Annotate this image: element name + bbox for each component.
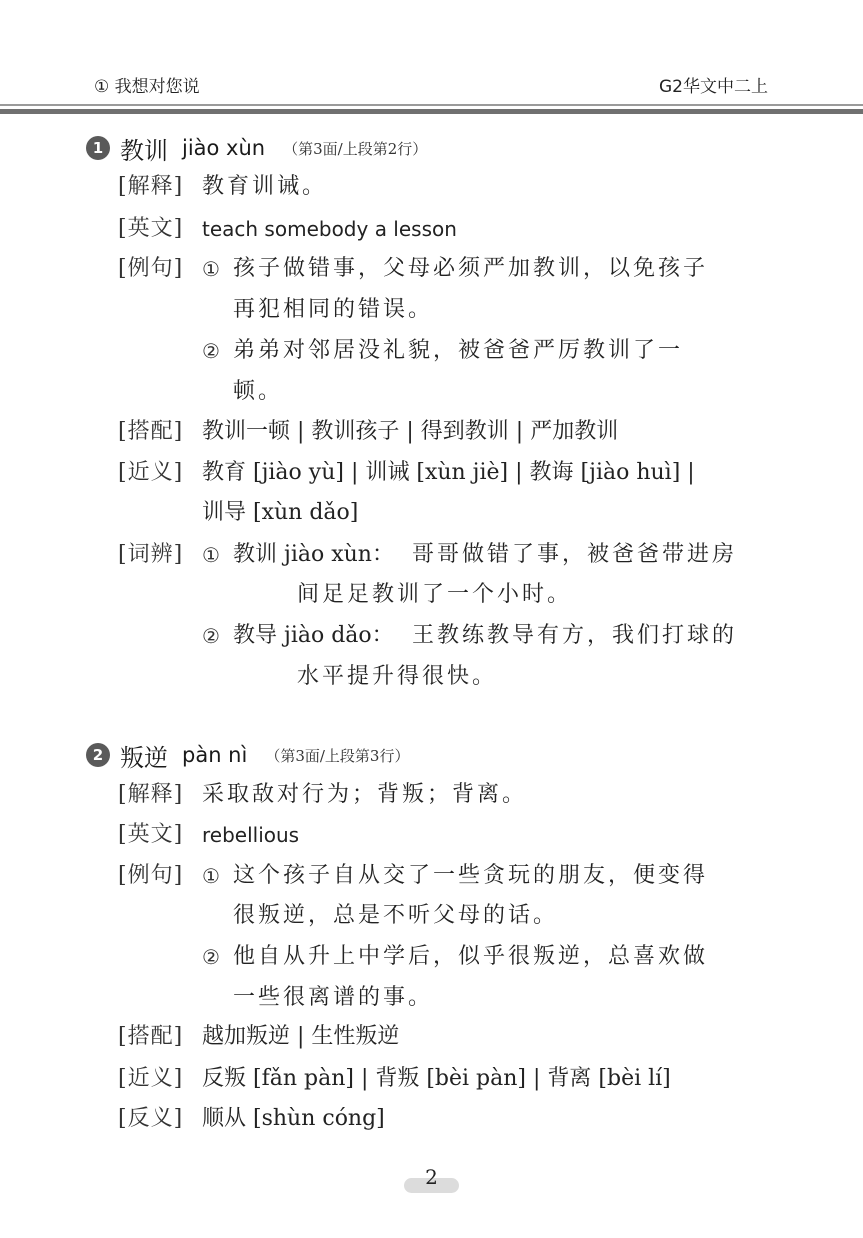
examples-label: [例句] [118, 861, 183, 891]
english-text: teach somebody a lesson [202, 214, 457, 244]
text-reference: （第3面/上段第2行） [283, 138, 427, 159]
page-number: 2 [404, 1165, 459, 1189]
entry-heading: 2 叛逆 pàn nì （第3面/上段第3行） [86, 738, 409, 772]
definition-label: [解释] [118, 780, 183, 810]
headword: 叛逆 [120, 738, 168, 773]
headword: 教训 [120, 131, 168, 166]
example-mark: ② [202, 942, 220, 972]
definition-text: 教育训诫。 [202, 172, 327, 202]
synonyms-label: [近义] [118, 1064, 183, 1094]
distinction-text: 王教练教导有方，我们打球的 [412, 621, 737, 651]
chapter-title: ① 我想对您说 [94, 72, 200, 97]
example-text: 一些很离谱的事。 [233, 983, 433, 1013]
collocations-text: 教训一顿 | 教训孩子 | 得到教训 | 严加教训 [202, 417, 618, 447]
example-mark: ② [202, 336, 220, 366]
entry-number-badge: 1 [86, 136, 110, 160]
distinction-text: 水平提升得很快。 [297, 662, 497, 692]
synonyms-text: 训导 [xùn dǎo] [202, 498, 358, 528]
definition-label: [解释] [118, 172, 183, 202]
synonyms-text: 反叛 [fǎn pàn] | 背叛 [bèi pàn] | 背离 [bèi lí… [202, 1064, 671, 1094]
text-reference: （第3面/上段第3行） [265, 745, 409, 766]
header-rule-thin [0, 104, 863, 106]
book-title: G2华文中二上 [659, 72, 768, 97]
distinction-label: [词辨] [118, 540, 183, 570]
synonyms-label: [近义] [118, 458, 183, 488]
example-text: 孩子做错事，父母必须严加教训，以免孩子 [233, 254, 708, 284]
distinction-mark: ① [202, 540, 220, 570]
collocations-label: [搭配] [118, 1022, 183, 1052]
examples-label: [例句] [118, 254, 183, 284]
example-text: 顿。 [233, 377, 283, 407]
english-label: [英文] [118, 214, 183, 244]
english-label: [英文] [118, 820, 183, 850]
headword-pinyin: pàn nì [182, 743, 247, 767]
entry-number-badge: 2 [86, 743, 110, 767]
example-text: 很叛逆，总是不听父母的话。 [233, 901, 558, 931]
entry-heading: 1 教训 jiào xùn （第3面/上段第2行） [86, 131, 427, 165]
example-text: 这个孩子自从交了一些贪玩的朋友，便变得 [233, 861, 708, 891]
header-rule-thick [0, 109, 863, 114]
synonyms-text: 教育 [jiào yù] | 训诫 [xùn jiè] | 教诲 [jiào h… [202, 458, 695, 488]
example-mark: ① [202, 254, 220, 284]
collocations-text: 越加叛逆 | 生性叛逆 [202, 1022, 399, 1052]
collocations-label: [搭配] [118, 417, 183, 447]
example-mark: ① [202, 861, 220, 891]
headword-pinyin: jiào xùn [182, 136, 265, 160]
distinction-text: 间足足教训了一个小时。 [297, 580, 572, 610]
distinction-text: 哥哥做错了事，被爸爸带进房 [412, 540, 737, 570]
example-text: 弟弟对邻居没礼貌，被爸爸严厉教训了一 [233, 336, 683, 366]
example-text: 他自从升上中学后，似乎很叛逆，总喜欢做 [233, 942, 708, 972]
antonyms-text: 顺从 [shùn cóng] [202, 1104, 385, 1134]
example-text: 再犯相同的错误。 [233, 295, 433, 325]
distinction-term: 教导 jiào dǎo： [233, 621, 394, 651]
running-header: ① 我想对您说 G2华文中二上 [0, 70, 863, 98]
distinction-mark: ② [202, 621, 220, 651]
english-text: rebellious [202, 820, 299, 850]
distinction-term: 教训 jiào xùn： [233, 540, 394, 570]
definition-text: 采取敌对行为；背叛；背离。 [202, 780, 527, 810]
antonyms-label: [反义] [118, 1104, 183, 1134]
